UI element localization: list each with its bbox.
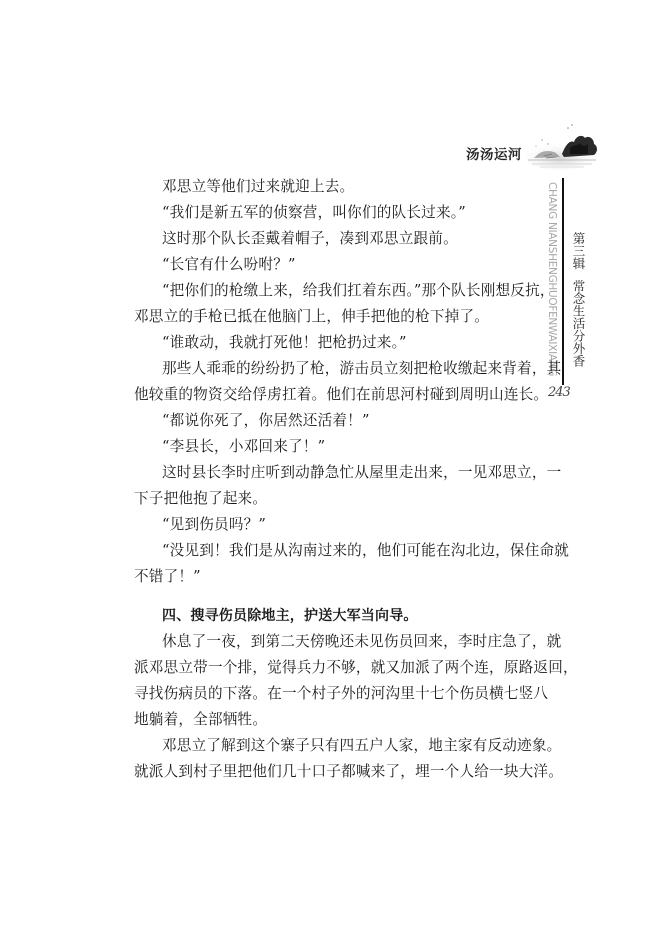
page-number: 243 (548, 385, 570, 400)
text-line: 那些人乖乖的纷纷扔了枪，游击员立刻把枪收缴起来背着，其 (134, 358, 532, 384)
text-line: “李县长，小邓回来了！” (134, 436, 532, 462)
series-part: 第三辑 (571, 232, 586, 270)
text-line: “见到伤员吗？” (134, 514, 532, 540)
running-title: 汤汤运河 (466, 143, 522, 163)
book-page: 汤汤运河 CHANG NIANSHENGHUOFENWAIXIANG 第三辑常念… (0, 0, 665, 929)
text-line: “把你们的枪缴上来，给我们扛着东西。”那个队长刚想反抗， (134, 280, 532, 306)
text-line: 邓思立了解到这个寨子只有四五户人家，地主家有反动迹象。 (134, 735, 532, 761)
text-line: “都说你死了，你居然还活着！” (134, 410, 532, 436)
text-line: 这时县长李时庄听到动静急忙从屋里走出来，一见邓思立，一 (134, 462, 532, 488)
text-line: 他较重的物资交给俘虏扛着。他们在前思河村碰到周明山连长。 (134, 384, 532, 410)
text-line: 邓思立的手枪已抵在他脑门上，伸手把他的枪下掉了。 (134, 306, 532, 332)
text-line: 就派人到村子里把他们几十口子都喊来了，埋一个人给一块大洋。 (134, 761, 532, 787)
text-line: “我们是新五军的侦察营，叫你们的队长过来。” (134, 202, 532, 228)
text-line: 邓思立等他们过来就迎上去。 (134, 176, 532, 202)
text-line: 下子把他抱了起来。 (134, 488, 532, 514)
series-title: 常念生活分外香 (571, 280, 586, 368)
text-line: 派邓思立带一个排，觉得兵力不够，就又加派了两个连，原路返回， (134, 657, 532, 683)
text-line: 寻找伤病员的下落。在一个村子外的河沟里十七个伤员横七竖八 (134, 683, 532, 709)
text-line: “谁敢动，我就打死他！把枪扔过来。” (134, 332, 532, 358)
text-line: 不错了！” (134, 566, 532, 592)
text-line: 这时那个队长歪戴着帽子，凑到邓思立跟前。 (134, 228, 532, 254)
section-spacer (134, 592, 532, 605)
text-line: “没见到！我们是从沟南过来的，他们可能在沟北边，保住命就 (134, 540, 532, 566)
ink-landscape-illustration (522, 120, 602, 176)
section-heading: 四、搜寻伤员除地主，护送大军当向导。 (134, 605, 532, 631)
body-text: 邓思立等他们过来就迎上去。 “我们是新五军的侦察营，叫你们的队长过来。” 这时那… (134, 176, 532, 787)
margin-rule (562, 178, 564, 385)
text-line: 地躺着，全部牺牲。 (134, 709, 532, 735)
text-line: 休息了一夜，到第二天傍晚还未见伤员回来，李时庄急了，就 (134, 631, 532, 657)
series-title-vertical: 第三辑常念生活分外香 (569, 232, 585, 367)
text-line: “长官有什么吩咐？” (134, 254, 532, 280)
